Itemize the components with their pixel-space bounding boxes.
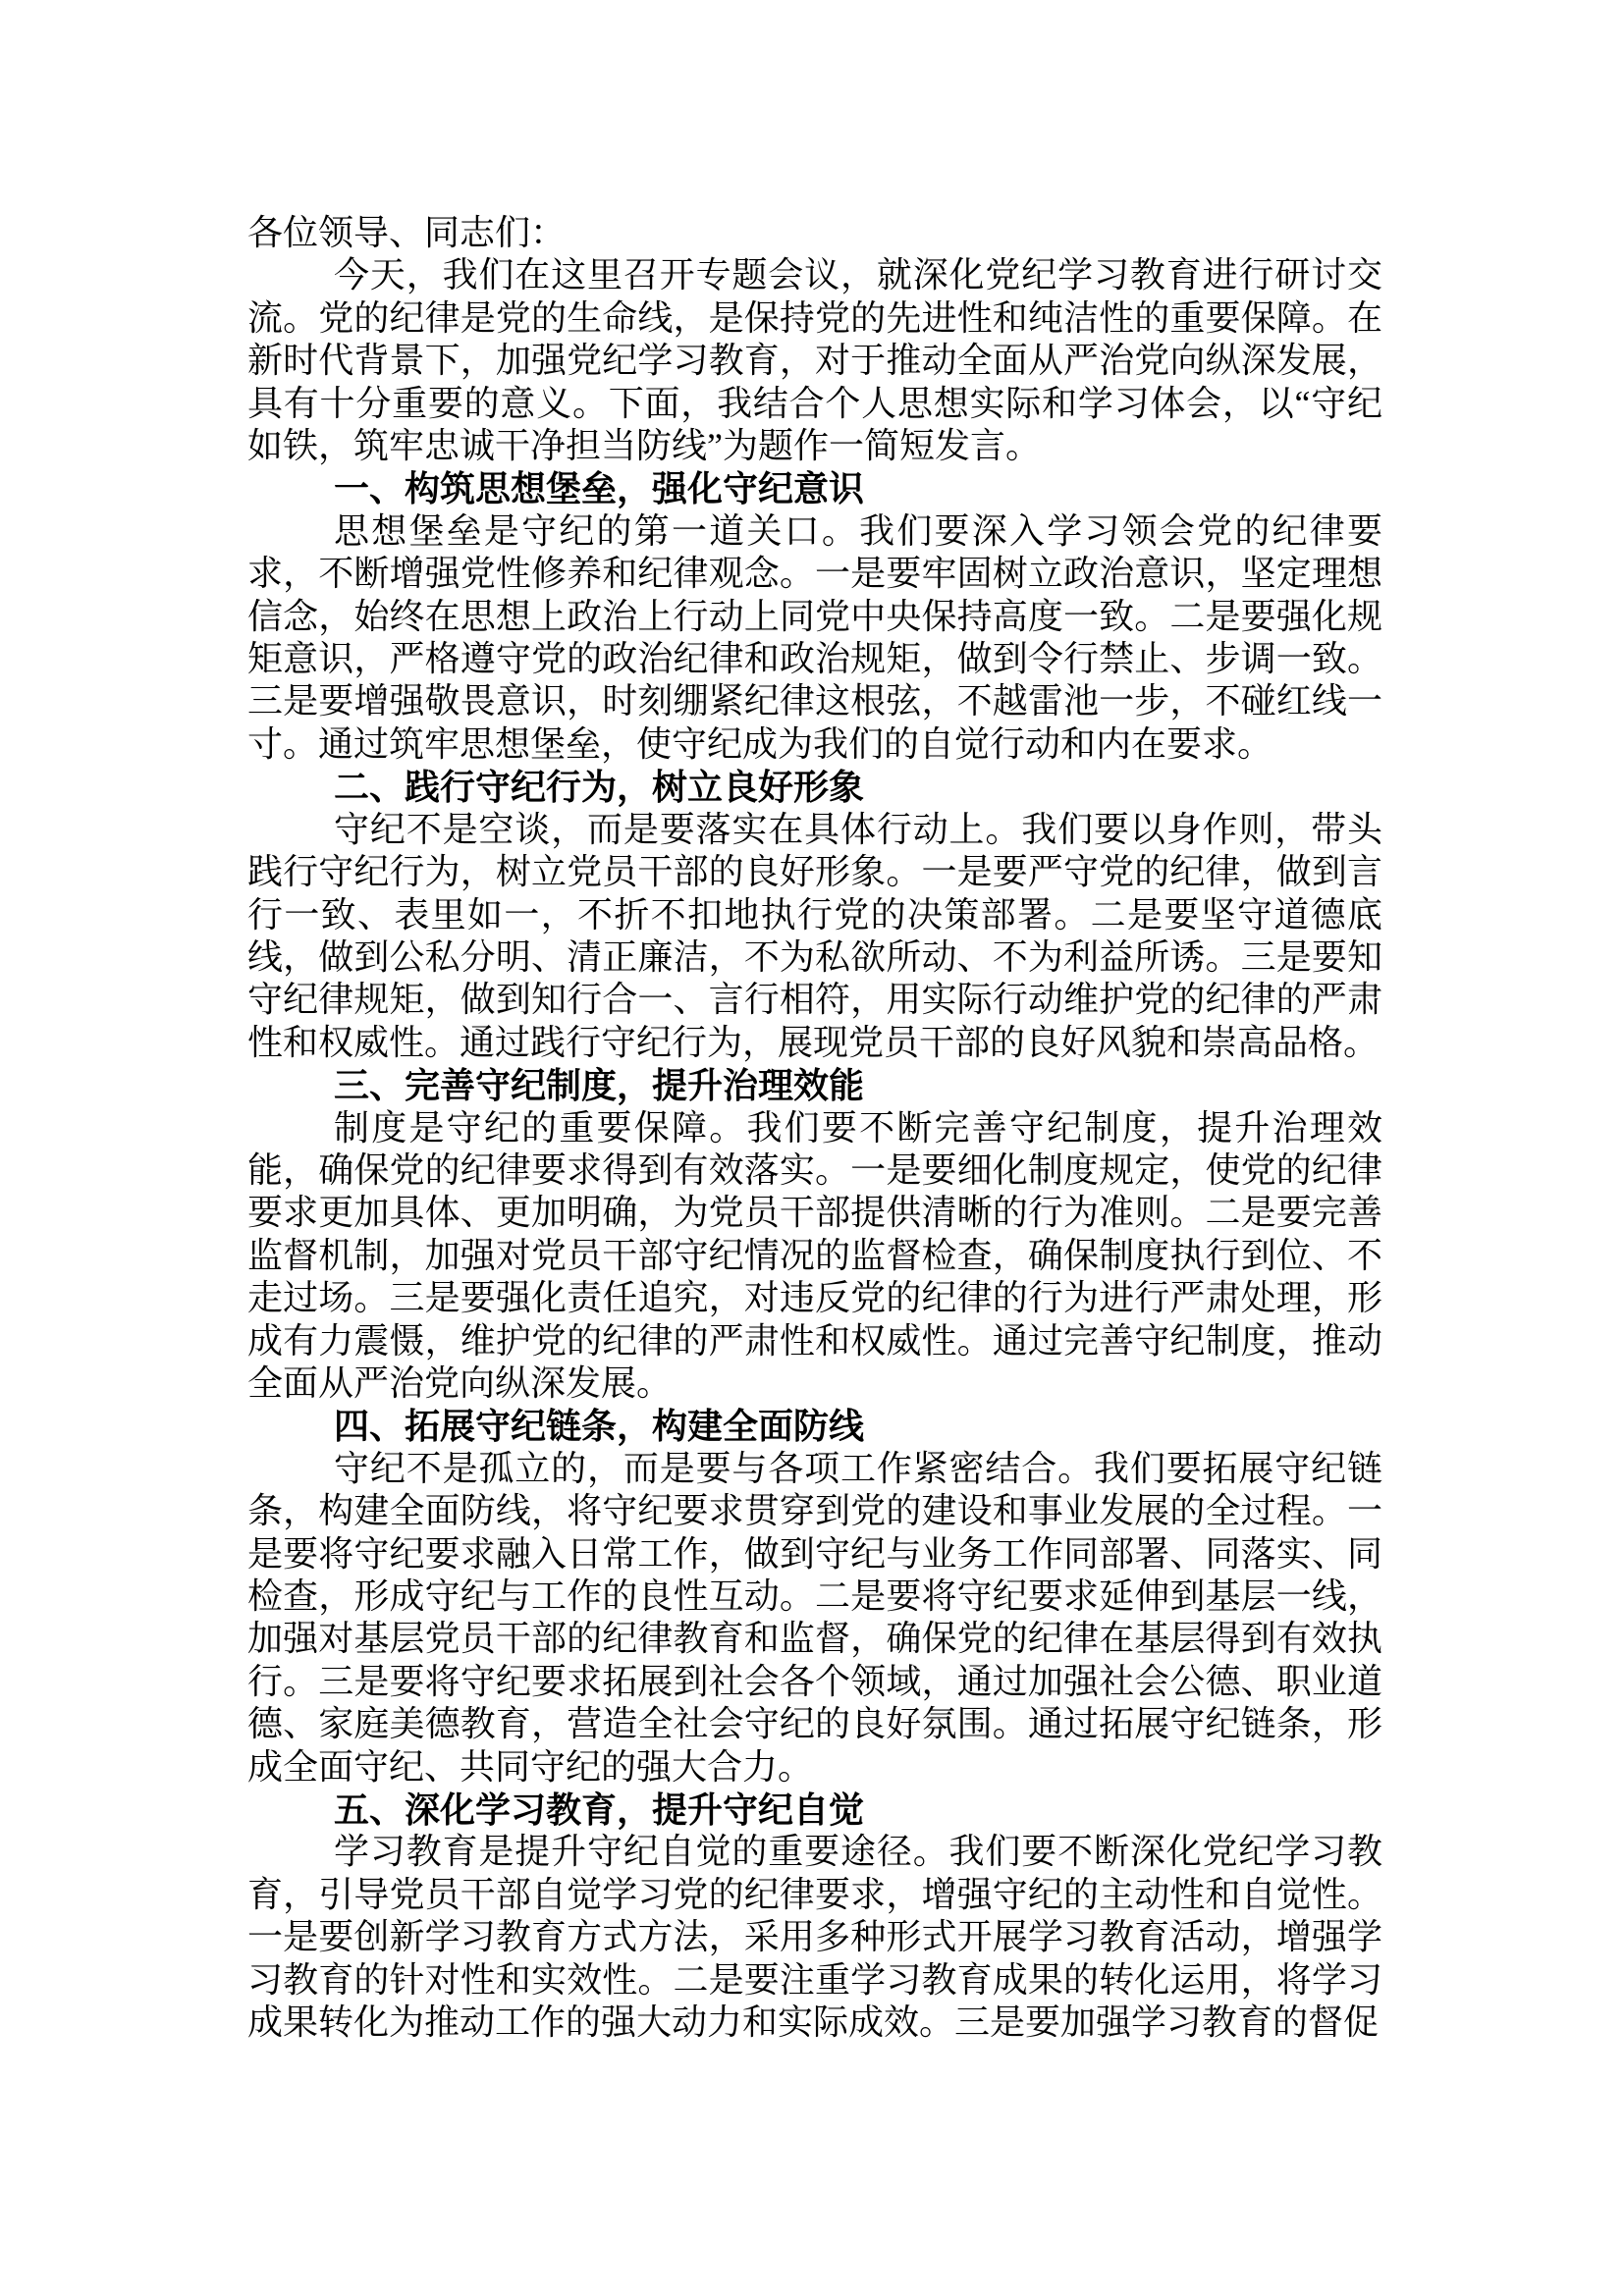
section-3-heading: 三、完善守纪制度，提升治理效能 — [247, 1064, 1382, 1106]
section-4-body: 守纪不是孤立的，而是要与各项工作紧密结合。我们要拓展守纪链条，构建全面防线，将守… — [247, 1448, 1382, 1789]
section-4-heading: 四、拓展守纪链条，构建全面防线 — [247, 1405, 1382, 1447]
section-1-heading: 一、构筑思想堡垒，强化守纪意识 — [247, 467, 1382, 509]
section-2-body: 守纪不是空谈，而是要落实在具体行动上。我们要以身作则，带头践行守纪行为，树立党员… — [247, 809, 1382, 1064]
section-3-body: 制度是守纪的重要保障。我们要不断完善守纪制度，提升治理效能，确保党的纪律要求得到… — [247, 1107, 1382, 1406]
section-1-body: 思想堡垒是守纪的第一道关口。我们要深入学习领会党的纪律要求，不断增强党性修养和纪… — [247, 510, 1382, 766]
salutation-line: 各位领导、同志们： — [247, 212, 1382, 254]
section-5-body: 学习教育是提升守纪自觉的重要途径。我们要不断深化党纪学习教育，引导党员干部自觉学… — [247, 1831, 1382, 2044]
intro-paragraph: 今天，我们在这里召开专题会议，就深化党纪学习教育进行研讨交流。党的纪律是党的生命… — [247, 254, 1382, 467]
section-5-heading: 五、深化学习教育，提升守纪自觉 — [247, 1789, 1382, 1831]
document-page: 各位领导、同志们： 今天，我们在这里召开专题会议，就深化党纪学习教育进行研讨交流… — [0, 0, 1624, 2296]
section-2-heading: 二、践行守纪行为，树立良好形象 — [247, 766, 1382, 808]
